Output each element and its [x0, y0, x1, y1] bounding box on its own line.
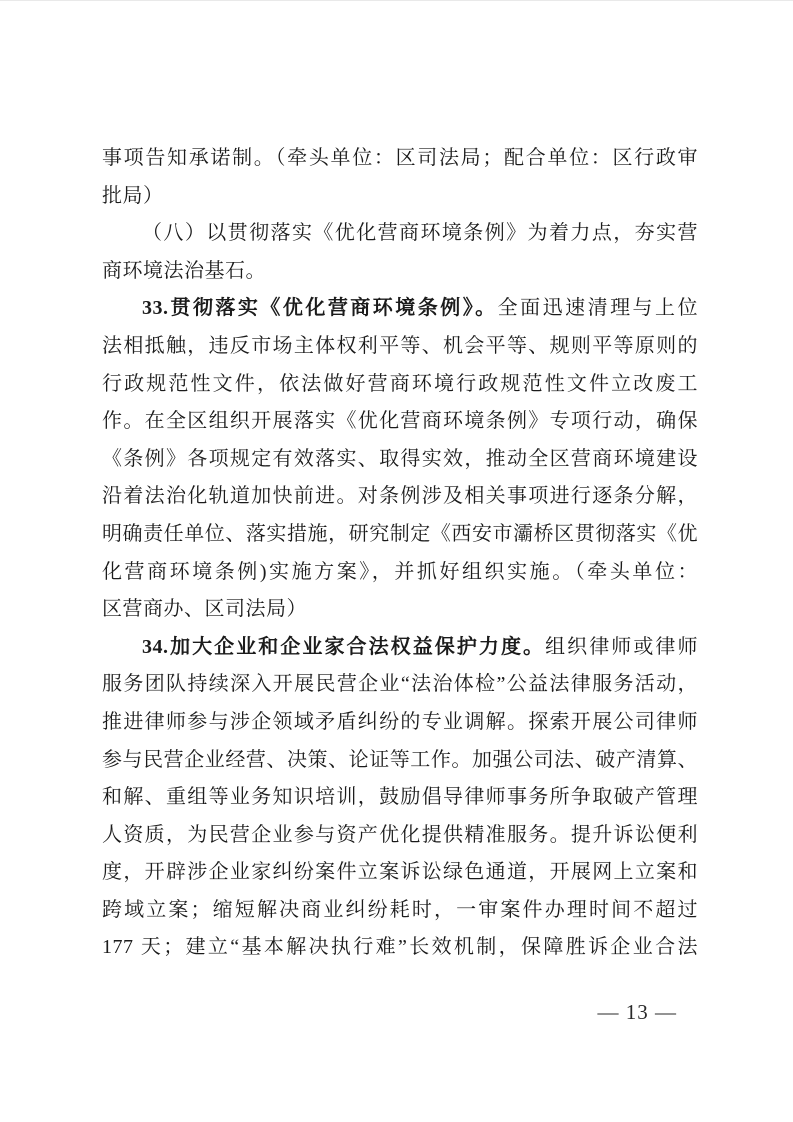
text-line: 推进律师参与涉企领域矛盾纠纷的专业调解。探索开展公司律师: [102, 704, 698, 742]
text-run: 服务团队持续深入开展民营企业“法治体检”公益法律服务活动，: [102, 673, 698, 695]
text-run: 度，开辟涉企业家纠纷案件立案诉讼绿色通道，开展网上立案和: [102, 861, 698, 883]
text-line: 度，开辟涉企业家纠纷案件立案诉讼绿色通道，开展网上立案和: [102, 854, 698, 892]
page-number: — 13 —: [0, 998, 677, 1026]
text-run: 法相抵触，违反市场主体权利平等、机会平等、规则平等原则的: [102, 335, 698, 357]
text-line: 法相抵触，违反市场主体权利平等、机会平等、规则平等原则的: [102, 328, 698, 366]
text-line: 服务团队持续深入开展民营企业“法治体检”公益法律服务活动，: [102, 666, 698, 704]
bold-item-heading: 34.加大企业和企业家合法权益保护力度。: [142, 636, 545, 658]
scan-edge-line: [0, 0, 793, 1]
text-line: 177 天；建立“基本解决执行难”长效机制，保障胜诉企业合法: [102, 929, 698, 967]
text-run: 全面迅速清理与上位: [498, 297, 698, 319]
text-run: 化营商环境条例)实施方案》，并抓好组织实施。（牵头单位：: [102, 561, 698, 583]
text-line: （八）以贯彻落实《优化营商环境条例》为着力点，夯实营: [102, 215, 698, 253]
text-run: 批局）: [102, 185, 164, 207]
text-run: 人资质，为民营企业参与资产优化提供精准服务。提升诉讼便利: [102, 824, 698, 846]
text-run: 事项告知承诺制。（牵头单位：区司法局；配合单位：区行政审: [102, 147, 698, 169]
text-line: 和解、重组等业务知识培训，鼓励倡导律师事务所争取破产管理: [102, 779, 698, 817]
bold-item-heading: 33.贯彻落实《优化营商环境条例》。: [142, 297, 498, 319]
text-line: 沿着法治化轨道加快前进。对条例涉及相关事项进行逐条分解，: [102, 478, 698, 516]
text-run: 跨域立案；缩短解决商业纠纷耗时，一审案件办理时间不超过: [102, 899, 698, 921]
text-run: 沿着法治化轨道加快前进。对条例涉及相关事项进行逐条分解，: [102, 485, 698, 507]
text-run: 推进律师参与涉企领域矛盾纠纷的专业调解。探索开展公司律师: [102, 711, 698, 733]
text-line: 事项告知承诺制。（牵头单位：区司法局；配合单位：区行政审: [102, 140, 698, 178]
text-line: 作。在全区组织开展落实《优化营商环境条例》专项行动，确保: [102, 403, 698, 441]
text-line: 跨域立案；缩短解决商业纠纷耗时，一审案件办理时间不超过: [102, 892, 698, 930]
text-line: 商环境法治基石。: [102, 253, 698, 291]
text-line: 34.加大企业和企业家合法权益保护力度。组织律师或律师: [102, 629, 698, 667]
text-run: 177 天；建立“基本解决执行难”长效机制，保障胜诉企业合法: [102, 936, 698, 958]
text-line: 明确责任单位、落实措施，研究制定《西安市灞桥区贯彻落实《优: [102, 516, 698, 554]
text-line: 参与民营企业经营、决策、论证等工作。加强公司法、破产清算、: [102, 742, 698, 780]
text-run: 作。在全区组织开展落实《优化营商环境条例》专项行动，确保: [102, 410, 698, 432]
text-run: 区营商办、区司法局）: [102, 598, 307, 620]
text-run: 组织律师或律师: [545, 636, 698, 658]
text-line: 批局）: [102, 178, 698, 216]
text-line: 行政规范性文件，依法做好营商环境行政规范性文件立改废工: [102, 366, 698, 404]
text-run: 行政规范性文件，依法做好营商环境行政规范性文件立改废工: [102, 373, 698, 395]
text-run: （八）以贯彻落实《优化营商环境条例》为着力点，夯实营: [142, 222, 698, 244]
text-run: 《条例》各项规定有效落实、取得实效，推动全区营商环境建设: [102, 448, 698, 470]
text-line: 区营商办、区司法局）: [102, 591, 698, 629]
document-page: 事项告知承诺制。（牵头单位：区司法局；配合单位：区行政审批局）（八）以贯彻落实《…: [0, 0, 793, 1122]
document-body: 事项告知承诺制。（牵头单位：区司法局；配合单位：区行政审批局）（八）以贯彻落实《…: [102, 140, 698, 967]
text-line: 化营商环境条例)实施方案》，并抓好组织实施。（牵头单位：: [102, 554, 698, 592]
text-line: 33.贯彻落实《优化营商环境条例》。全面迅速清理与上位: [102, 290, 698, 328]
text-run: 和解、重组等业务知识培训，鼓励倡导律师事务所争取破产管理: [102, 786, 698, 808]
text-line: 人资质，为民营企业参与资产优化提供精准服务。提升诉讼便利: [102, 817, 698, 855]
text-run: 明确责任单位、落实措施，研究制定《西安市灞桥区贯彻落实《优: [102, 523, 698, 545]
text-run: 商环境法治基石。: [102, 260, 266, 282]
text-run: 参与民营企业经营、决策、论证等工作。加强公司法、破产清算、: [102, 749, 698, 771]
text-line: 《条例》各项规定有效落实、取得实效，推动全区营商环境建设: [102, 441, 698, 479]
